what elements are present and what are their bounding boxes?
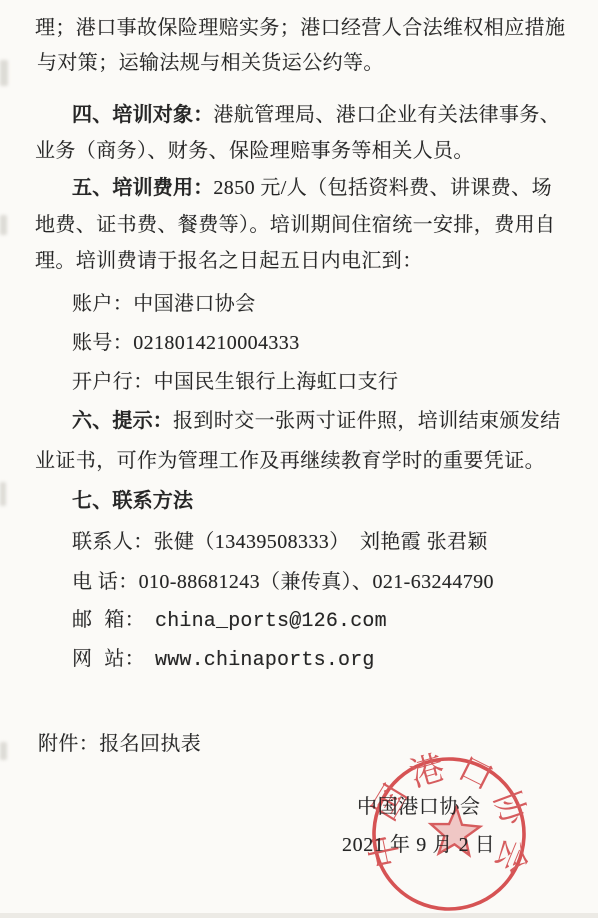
text-run: 邮 箱： china_ports@126.com <box>72 610 387 633</box>
attachment-line: 附件：报名回执表 <box>38 733 201 755</box>
document-page: 理；港口事故保险理赔实务；港口经营人合法维权相应措施 与对策；运输法规与相关货运… <box>0 0 598 918</box>
heading-run: 六、提示： <box>72 410 173 432</box>
text-run: 2850 元/人（包括资料费、讲课费、场 <box>213 177 552 199</box>
text-run: 理；港口事故保险理赔实务；港口经营人合法维权相应措施 <box>35 17 565 39</box>
body-line: 理。培训费请于报名之日起五日内电汇到： <box>35 250 423 272</box>
email-line: 邮 箱： china_ports@126.com <box>72 609 387 633</box>
text-run: 业务（商务）、财务、保险理赔事务等相关人员。 <box>35 140 474 162</box>
section-heading-line: 五、培训费用：2850 元/人（包括资料费、讲课费、场 <box>72 177 552 199</box>
text-run: 港航管理局、港口企业有关法律事务、 <box>213 104 560 126</box>
text-run: 账户：中国港口协会 <box>72 293 256 315</box>
body-line: 地费、证书费、餐费等）。培训期间住宿统一安排，费用自 <box>35 214 555 236</box>
official-seal-stamp: 中国港口协会 <box>359 744 539 918</box>
text-run: 开户行：中国民生银行上海虹口支行 <box>72 371 398 393</box>
website-line: 网 站： www.chinaports.org <box>72 648 375 672</box>
scan-artifact <box>0 215 7 235</box>
bank-line: 开户行：中国民生银行上海虹口支行 <box>72 371 398 393</box>
text-run: 地费、证书费、餐费等）。培训期间住宿统一安排，费用自 <box>35 214 555 236</box>
body-line: 业证书，可作为管理工作及再继续教育学时的重要凭证。 <box>35 450 545 472</box>
heading-run: 七、联系方法 <box>72 490 193 512</box>
text-run: 联系人：张健（13439508333） 刘艳霞 张君颖 <box>72 531 488 553</box>
signature-org: 中国港口协会 <box>357 796 481 818</box>
text-run: 附件：报名回执表 <box>38 733 201 755</box>
signature-date: 2021 年 9 月 2 日 <box>342 834 495 856</box>
body-line: 与对策；运输法规与相关货运公约等。 <box>37 52 384 74</box>
account-number-line: 账号：0218014210004333 <box>72 332 300 354</box>
section-heading-line: 四、培训对象：港航管理局、港口企业有关法律事务、 <box>72 104 560 126</box>
text-run: 电 话：010-88681243（兼传真）、021-63244790 <box>72 571 494 593</box>
text-run: 与对策；运输法规与相关货运公约等。 <box>37 52 384 74</box>
text-run: 报到时交一张两寸证件照，培训结束颁发结 <box>173 410 561 432</box>
text-run: 网 站： www.chinaports.org <box>72 649 375 672</box>
phone-line: 电 话：010-88681243（兼传真）、021-63244790 <box>72 571 494 593</box>
heading-run: 五、培训费用： <box>72 177 213 199</box>
text-run: 账号：0218014210004333 <box>72 332 300 354</box>
section-heading-line: 七、联系方法 <box>72 490 193 512</box>
heading-run: 四、培训对象： <box>72 104 213 126</box>
account-name-line: 账户：中国港口协会 <box>72 293 256 315</box>
text-run: 理。培训费请于报名之日起五日内电汇到： <box>35 250 423 272</box>
contact-person-line: 联系人：张健（13439508333） 刘艳霞 张君颖 <box>72 531 488 553</box>
body-line: 业务（商务）、财务、保险理赔事务等相关人员。 <box>35 140 474 162</box>
scan-artifact <box>0 60 8 86</box>
body-line: 理；港口事故保险理赔实务；港口经营人合法维权相应措施 <box>35 17 565 39</box>
text-run: 业证书，可作为管理工作及再继续教育学时的重要凭证。 <box>35 450 545 472</box>
scan-artifact <box>0 482 6 506</box>
section-heading-line: 六、提示：报到时交一张两寸证件照，培训结束颁发结 <box>72 410 561 432</box>
scan-artifact <box>0 742 7 760</box>
